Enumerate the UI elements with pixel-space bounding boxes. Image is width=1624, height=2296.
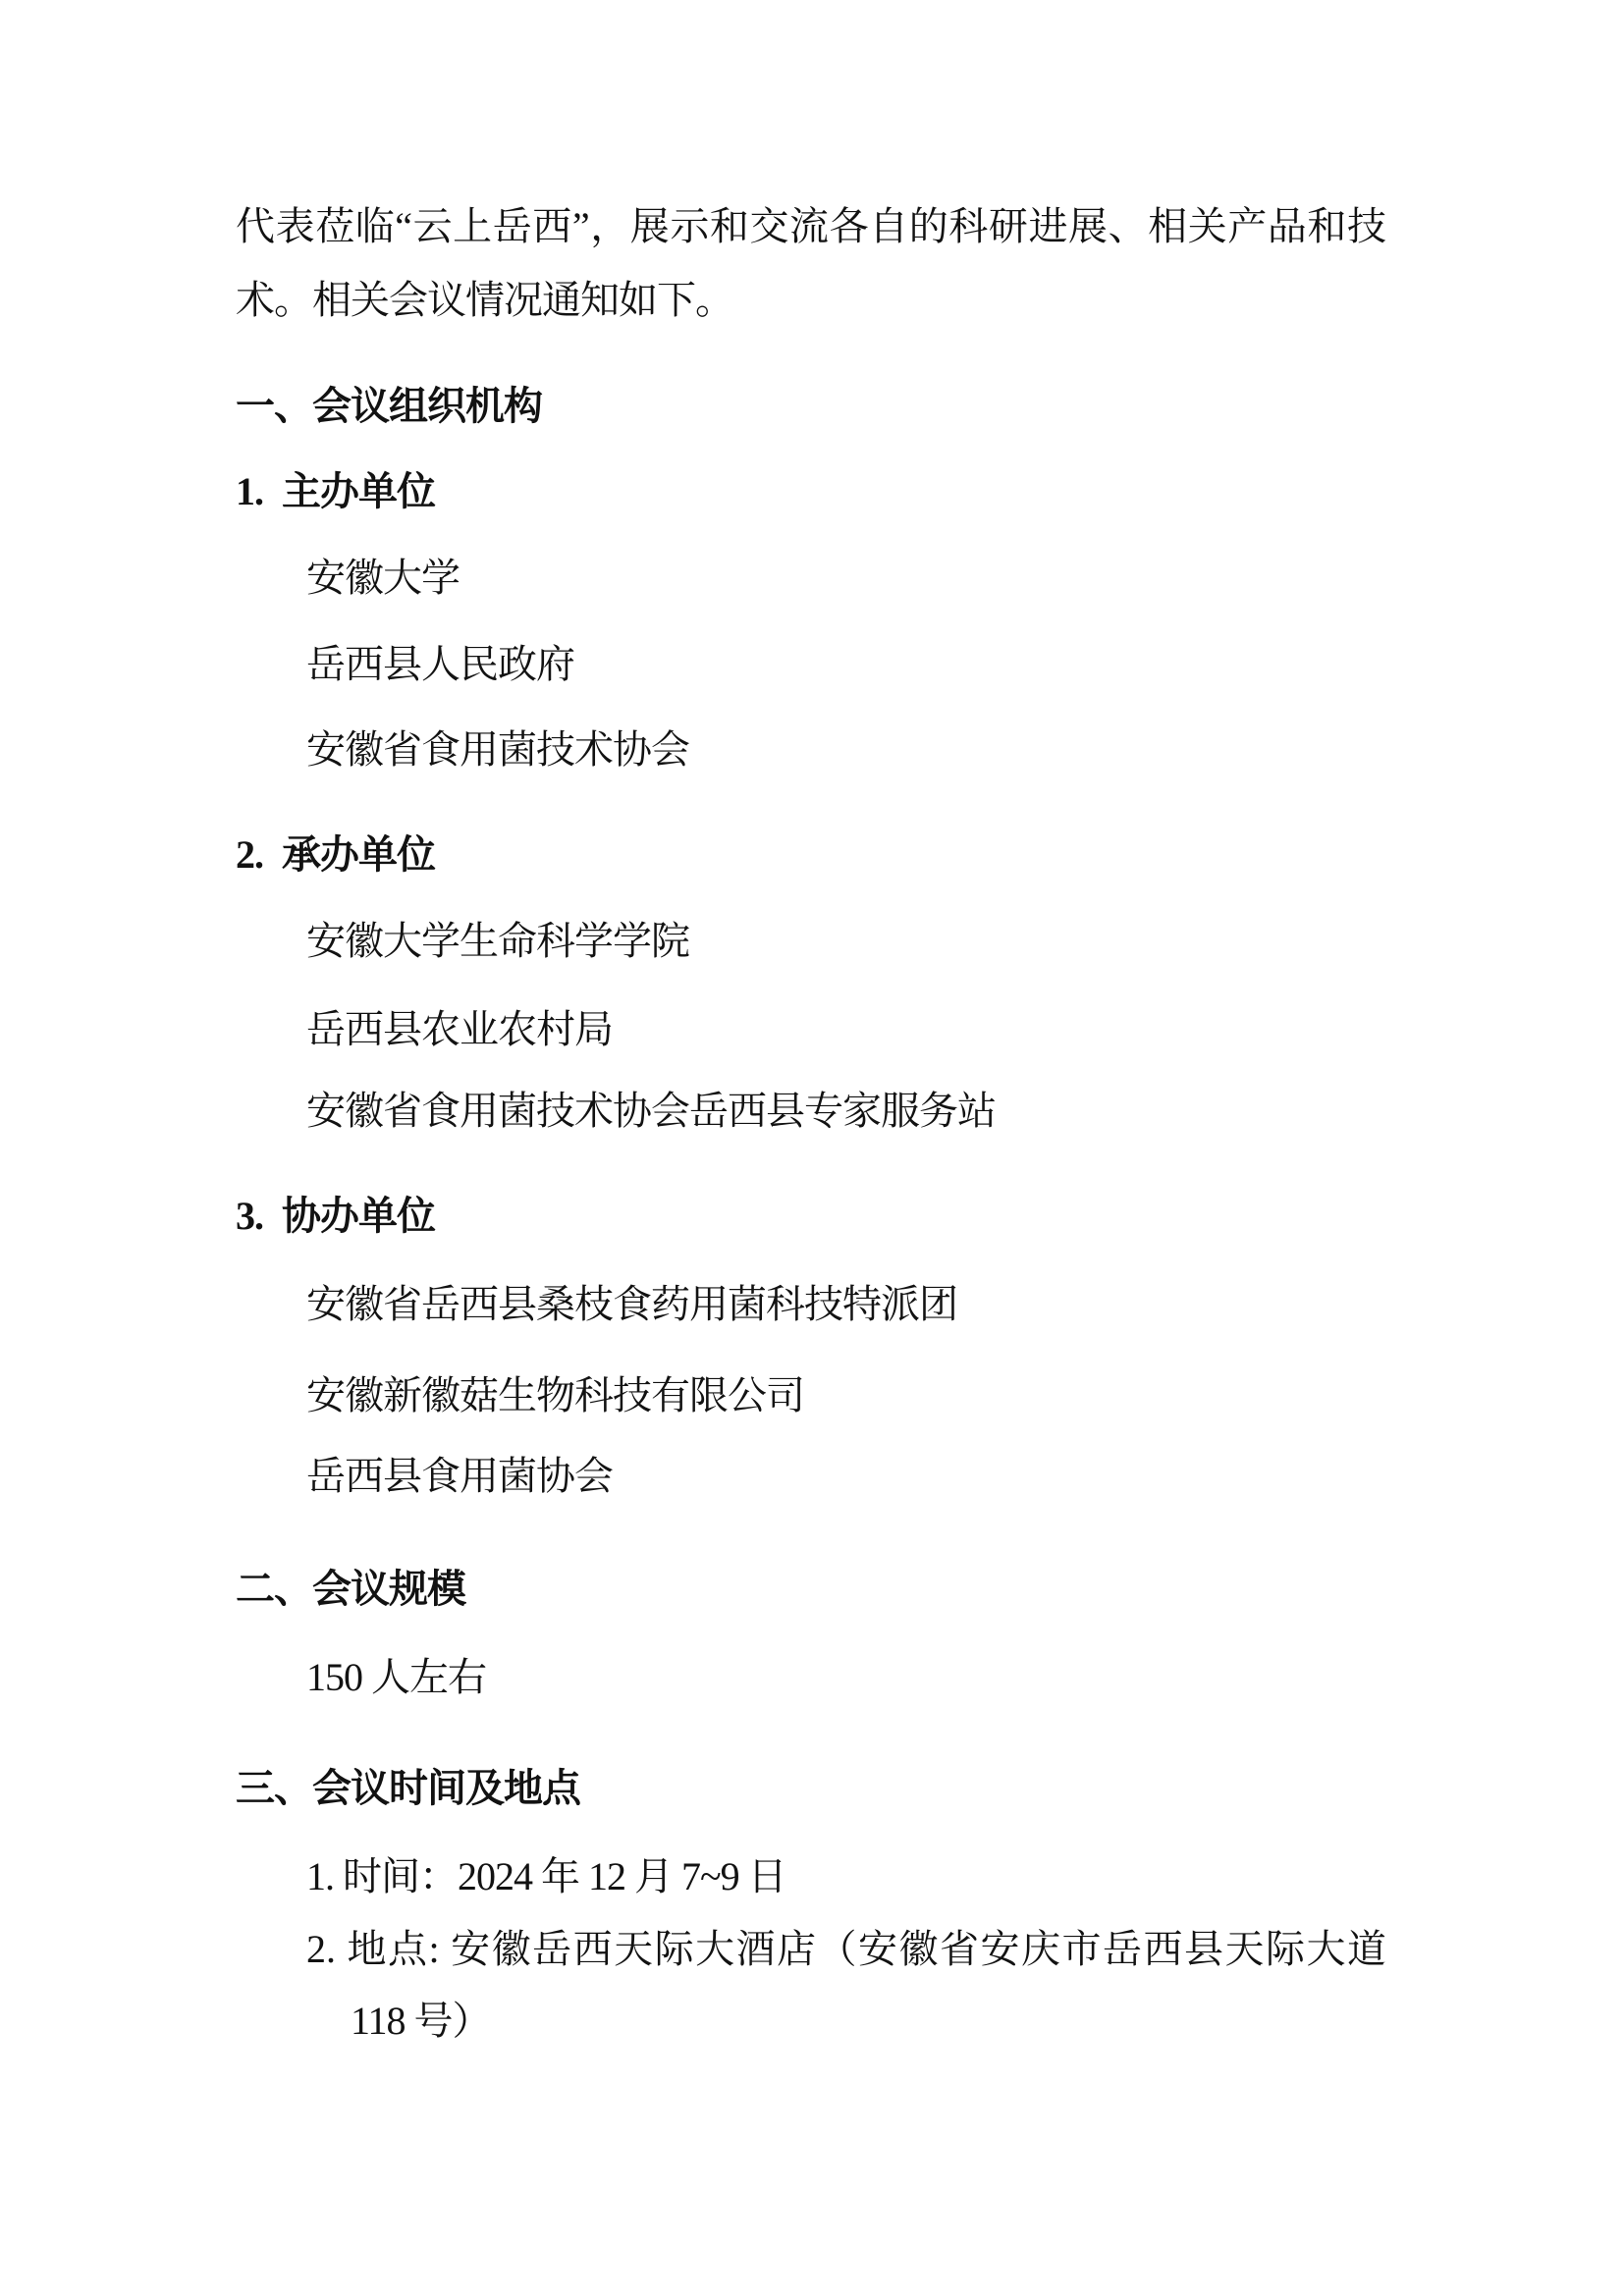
subsection-heading-1: 1. 主办单位 bbox=[236, 469, 435, 514]
meeting-time-text: 1. 时间：2024 年 12 月 7~9 日 bbox=[306, 1854, 786, 1899]
intro-line-2: 术。相关会议情况通知如下。 bbox=[236, 278, 733, 323]
meeting-location-text: 2. 地点: 安徽岳西天际大酒店（安徽省安庆市岳西县天际大道 bbox=[306, 1927, 1386, 1972]
org-item-organizer-1: 安徽大学生命科学学院 bbox=[306, 919, 689, 964]
org-item-coorganizer-3: 岳西县食用菌协会 bbox=[306, 1454, 613, 1499]
meeting-scale-text: 150 人左右 bbox=[306, 1655, 486, 1700]
subsection-heading-3: 3. 协办单位 bbox=[236, 1194, 435, 1239]
document-page: 代表莅临“云上岳西”，展示和交流各自的科研进展、相关产品和技 术。相关会议情况通… bbox=[0, 0, 1624, 2296]
org-item-coorganizer-1: 安徽省岳西县桑枝食药用菌科技特派团 bbox=[306, 1282, 957, 1327]
org-item-coorganizer-2: 安徽新徽菇生物科技有限公司 bbox=[306, 1373, 804, 1418]
section-heading-1: 一、会议组织机构 bbox=[236, 384, 542, 429]
subsection-heading-2: 2. 承办单位 bbox=[236, 832, 435, 878]
org-item-host-3: 安徽省食用菌技术协会 bbox=[306, 727, 689, 773]
org-item-host-1: 安徽大学 bbox=[306, 556, 460, 601]
org-item-organizer-3: 安徽省食用菌技术协会岳西县专家服务站 bbox=[306, 1089, 996, 1134]
meeting-location-continuation: 118 号） bbox=[351, 1999, 491, 2044]
section-heading-2: 二、会议规模 bbox=[236, 1567, 465, 1612]
intro-line-1: 代表莅临“云上岳西”，展示和交流各自的科研进展、相关产品和技 bbox=[236, 204, 1386, 249]
section-heading-3: 三、会议时间及地点 bbox=[236, 1766, 580, 1811]
org-item-organizer-2: 岳西县农业农村局 bbox=[306, 1007, 613, 1052]
org-item-host-2: 岳西县人民政府 bbox=[306, 642, 574, 687]
